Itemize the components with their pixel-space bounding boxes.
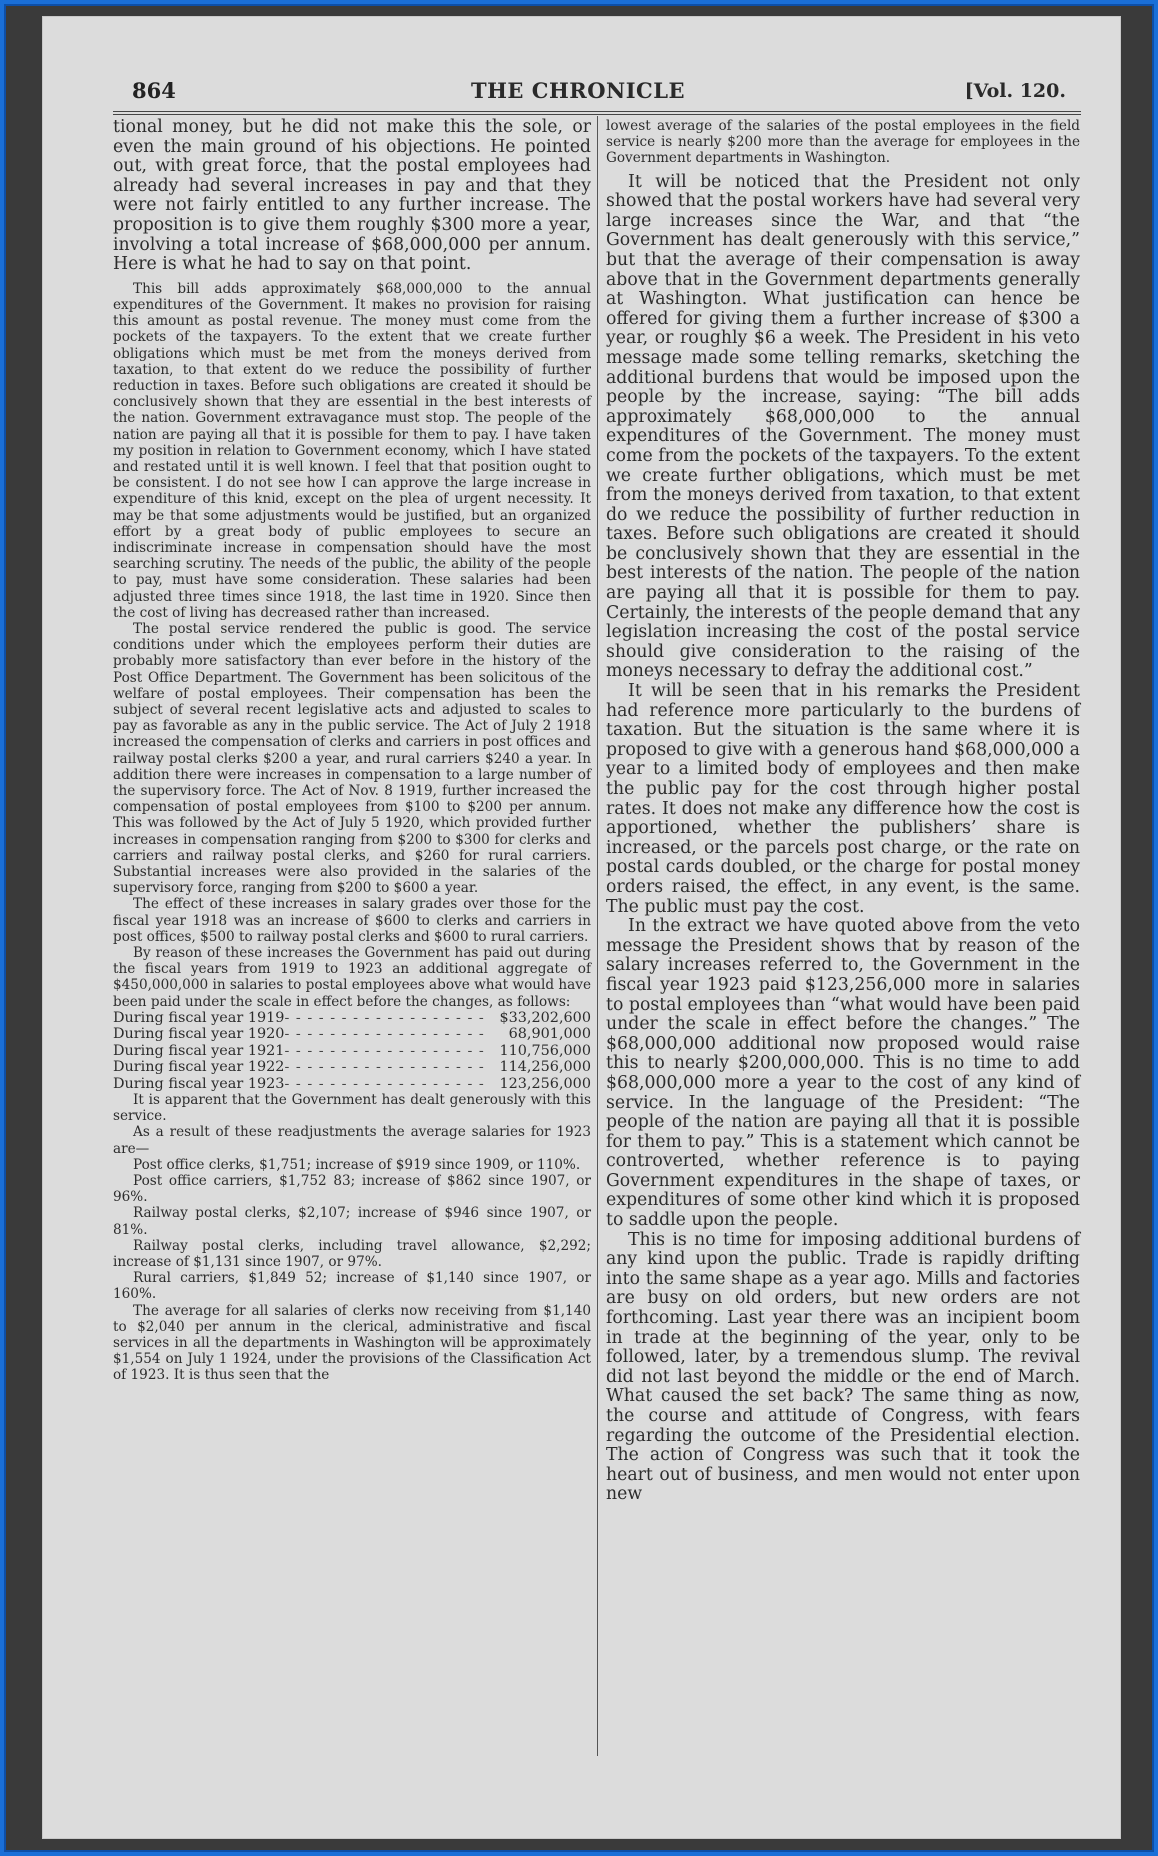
fiscal-year-amount: 114,256,000 bbox=[489, 1059, 591, 1075]
fiscal-year-label: During fiscal year 1921 bbox=[113, 1043, 284, 1059]
fiscal-year-label: During fiscal year 1919 bbox=[113, 1010, 284, 1026]
leader-dots bbox=[284, 1076, 489, 1092]
salary-item: Railway postal clerks, $2,107; increase … bbox=[113, 1205, 591, 1237]
quote-paragraph: The postal service rendered the public i… bbox=[113, 621, 591, 896]
quote-paragraph: The average for all salaries of clerks n… bbox=[113, 1303, 591, 1384]
leader-dots bbox=[284, 1059, 489, 1075]
column-divider bbox=[597, 116, 598, 1756]
salary-item: Post office clerks, $1,751; increase of … bbox=[113, 1157, 591, 1173]
table-row: During fiscal year 1923 123,256,000 bbox=[113, 1076, 591, 1092]
table-row: During fiscal year 1920 68,901,000 bbox=[113, 1026, 591, 1042]
article-paragraph: tional money, but he did not make this t… bbox=[113, 118, 591, 275]
quote-paragraph: As a result of these readjustments the a… bbox=[113, 1124, 591, 1156]
fiscal-year-table: During fiscal year 1919 $33,202,600 Duri… bbox=[113, 1010, 591, 1092]
quote-paragraph: This bill adds approximately $68,000,000… bbox=[113, 281, 591, 621]
left-column: tional money, but he did not make this t… bbox=[113, 118, 591, 1384]
leader-dots bbox=[284, 1010, 489, 1026]
header-rule-double bbox=[113, 114, 1081, 115]
running-title: THE CHRONICLE bbox=[90, 78, 1066, 103]
leader-dots bbox=[284, 1043, 489, 1059]
table-row: During fiscal year 1921 110,756,000 bbox=[113, 1043, 591, 1059]
table-row: During fiscal year 1919 $33,202,600 bbox=[113, 1010, 591, 1026]
header-rule bbox=[113, 111, 1081, 112]
article-paragraph: This is no time for imposing additional … bbox=[606, 1231, 1080, 1505]
fiscal-year-label: During fiscal year 1922 bbox=[113, 1059, 284, 1075]
salary-item: Post office carriers, $1,752 83; increas… bbox=[113, 1173, 591, 1205]
salary-item: Railway postal clerks, including travel … bbox=[113, 1238, 591, 1270]
table-row: During fiscal year 1922 114,256,000 bbox=[113, 1059, 591, 1075]
quote-paragraph: By reason of these increases the Governm… bbox=[113, 945, 591, 1010]
volume-label: [Vol. 120. bbox=[965, 80, 1066, 102]
fiscal-year-amount: 68,901,000 bbox=[489, 1026, 591, 1042]
right-column: lowest average of the salaries of the po… bbox=[606, 118, 1080, 1505]
salary-item: Rural carriers, $1,849 52; increase of $… bbox=[113, 1270, 591, 1302]
page-header: 864 THE CHRONICLE [Vol. 120. bbox=[90, 74, 1066, 108]
fiscal-year-amount: $33,202,600 bbox=[489, 1010, 591, 1026]
leader-dots bbox=[284, 1026, 489, 1042]
quote-paragraph: lowest average of the salaries of the po… bbox=[606, 118, 1080, 167]
quote-paragraph: The effect of these increases in salary … bbox=[113, 896, 591, 945]
fiscal-year-label: During fiscal year 1923 bbox=[113, 1076, 284, 1092]
article-paragraph: In the extract we have quoted above from… bbox=[606, 917, 1080, 1231]
fiscal-year-label: During fiscal year 1920 bbox=[113, 1026, 284, 1042]
quote-paragraph: It is apparent that the Government has d… bbox=[113, 1092, 591, 1124]
article-paragraph: It will be seen that in his remarks the … bbox=[606, 682, 1080, 917]
fiscal-year-amount: 110,756,000 bbox=[489, 1043, 591, 1059]
article-paragraph: It will be noticed that the President no… bbox=[606, 173, 1080, 682]
fiscal-year-amount: 123,256,000 bbox=[489, 1076, 591, 1092]
